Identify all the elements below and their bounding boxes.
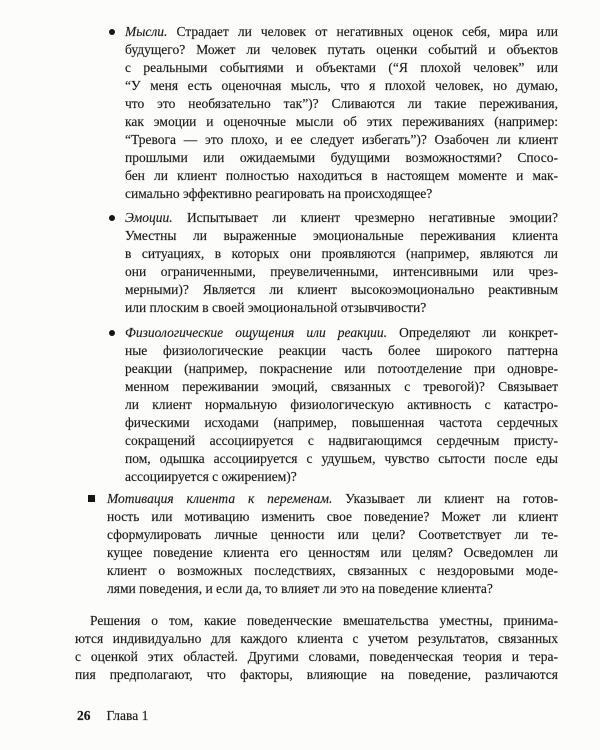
body-paragraph: Решения о том, какие поведенческие вмеша… [75, 612, 558, 684]
text-line: лями поведения, и если да, то влияет ли … [107, 580, 558, 598]
text-line: с реальными событиями и объектами (“Я пл… [125, 59, 558, 77]
list-item-physiological: Физиологические ощущения или реакции. Оп… [75, 324, 558, 486]
item-text: Эмоции. Испытывает ли клиент чрезмерно н… [125, 209, 558, 317]
item-text: Физиологические ощущения или реакции. Оп… [125, 324, 558, 486]
item-text: Мысли. Страдает ли человек от негативных… [125, 23, 558, 203]
item-lines: Уместны ли выраженные эмоциональные пере… [125, 227, 558, 317]
page-number: 26 [77, 708, 91, 723]
round-bullet-icon [109, 29, 115, 35]
item-lines: ные физиологические реакции часть более … [125, 342, 558, 486]
item-lead: Мысли. [125, 24, 167, 39]
item-lines: будущего? Может ли человек путать оценки… [125, 41, 558, 203]
item-lines: ность или мотивацию изменить свое поведе… [107, 508, 558, 598]
page-footer: 26Глава 1 [77, 707, 148, 725]
text-line: симально эффективно реагировать на проис… [125, 185, 558, 203]
square-bullet-icon [88, 495, 95, 502]
text-line: Эмоции. Испытывает ли клиент чрезмерно н… [125, 209, 558, 227]
text-line: или плоским в своей эмоциональной отзывч… [125, 299, 558, 317]
text-line: сокращений ассоциируется с надвигающимся… [125, 432, 558, 450]
text-line: ные физиологические реакции часть более … [125, 342, 558, 360]
text-line: пом, одышка ассоциируется с удушьем, чув… [125, 450, 558, 468]
list-item-emotions: Эмоции. Испытывает ли клиент чрезмерно н… [75, 209, 558, 317]
chapter-label: Глава 1 [107, 708, 149, 723]
text-line: будущего? Может ли человек путать оценки… [125, 41, 558, 59]
text-line: мерными)? Является ли клиент высокоэмоци… [125, 281, 558, 299]
text-line: как эмоции и оценочные мысли об этих пер… [125, 113, 558, 131]
text-line: Решения о том, какие поведенческие вмеша… [75, 612, 558, 630]
list-item-motivation: Мотивация клиента к переменам. Указывает… [75, 490, 558, 598]
text-line: Уместны ли выраженные эмоциональные пере… [125, 227, 558, 245]
text-line: клиент о возможных последствиях, связанн… [107, 562, 558, 580]
text-line: фическими исходами (например, повышенная… [125, 414, 558, 432]
book-page: Мысли. Страдает ли человек от негативных… [0, 0, 600, 750]
item-first-rest: Страдает ли человек от негативных оценок… [176, 24, 558, 39]
text-line: Мотивация клиента к переменам. Указывает… [107, 490, 558, 508]
text-line: “Тревога — это плохо, и ее следует избег… [125, 131, 558, 149]
list-item-thoughts: Мысли. Страдает ли человек от негативных… [75, 23, 558, 203]
text-line: ность или мотивацию изменить свое поведе… [107, 508, 558, 526]
round-bullet-icon [109, 215, 115, 221]
page-content: Мысли. Страдает ли человек от негативных… [75, 23, 558, 684]
text-line: в ситуациях, в которых они проявляются (… [125, 245, 558, 263]
text-line: Мысли. Страдает ли человек от негативных… [125, 23, 558, 41]
round-bullet-icon [109, 330, 115, 336]
item-lead: Физиологические ощущения или реакции. [125, 325, 387, 340]
text-line: менном переживании эмоций, связанных с т… [125, 378, 558, 396]
text-line: прошлыми или ожидаемыми будущими возможн… [125, 149, 558, 167]
item-lead: Мотивация клиента к переменам. [107, 491, 332, 506]
text-line: бен ли клиент полностью находиться в нас… [125, 167, 558, 185]
text-line: пия предполагают, что факторы, влияющие … [75, 666, 558, 684]
text-line: что это необязательно так”)? Сливаются л… [125, 95, 558, 113]
text-line: с оценкой этих областей. Другими словами… [75, 648, 558, 666]
item-text: Мотивация клиента к переменам. Указывает… [107, 490, 558, 598]
text-line: “У меня есть оценочная мысль, что я плох… [125, 77, 558, 95]
text-line: они ограниченными, преувеличенными, инте… [125, 263, 558, 281]
item-lead: Эмоции. [125, 210, 173, 225]
text-line: ются индивидуально для каждого клиента с… [75, 630, 558, 648]
text-line: Физиологические ощущения или реакции. Оп… [125, 324, 558, 342]
text-line: ассоциируется с ожирением)? [125, 468, 558, 486]
text-line: ли клиент нормальную физиологическую акт… [125, 396, 558, 414]
item-first-rest: Определяют ли конкрет- [399, 325, 558, 340]
text-line: кущее поведение клиента его ценностям ил… [107, 544, 558, 562]
text-line: сформулировать личные ценности или цели?… [107, 526, 558, 544]
item-first-rest: Испытывает ли клиент чрезмерно негативны… [187, 210, 558, 225]
item-first-rest: Указывает ли клиент на готов- [345, 491, 558, 506]
text-line: реакции (например, покраснение или потоо… [125, 360, 558, 378]
